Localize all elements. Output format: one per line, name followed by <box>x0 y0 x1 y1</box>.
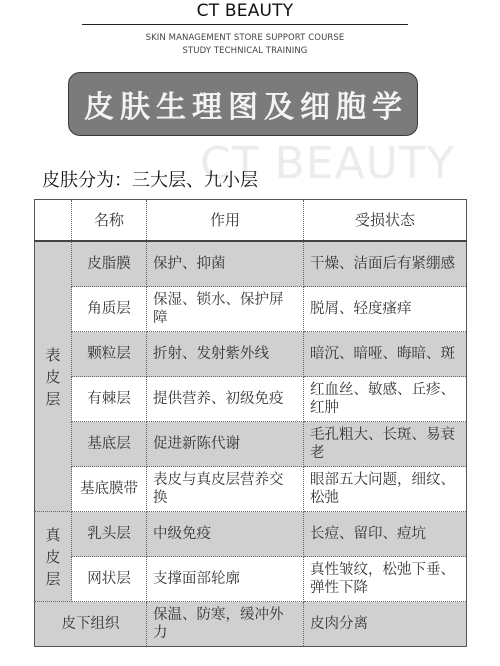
subtitle-line-2: STUDY TECHNICAL TRAINING <box>0 46 490 56</box>
layer-function: 表皮与真皮层营养交换 <box>147 467 304 512</box>
layer-damage: 眼部五大问题，细纹、松弛 <box>304 467 467 512</box>
layer-function: 保护、抑菌 <box>147 241 304 287</box>
layer-name: 基底膜带 <box>72 467 147 512</box>
group-dermis: 真皮层 <box>35 512 72 602</box>
table-row: 网状层 支撑面部轮廓 真性皱纹，松弛下垂、弹性下降 <box>35 557 467 602</box>
column-header-function: 作用 <box>147 200 304 242</box>
layer-damage: 脱屑、轻度瘙痒 <box>304 287 467 332</box>
table-row: 基底膜带 表皮与真皮层营养交换 眼部五大问题，细纹、松弛 <box>35 467 467 512</box>
layer-name: 颗粒层 <box>72 332 147 377</box>
layer-name: 皮下组织 <box>35 602 147 647</box>
layer-damage: 红血丝、敏感、丘疹、红肿 <box>304 377 467 422</box>
banner-title: 皮肤生理图及细胞学 <box>78 82 408 126</box>
column-header-name: 名称 <box>72 200 147 242</box>
layer-name: 皮脂膜 <box>72 241 147 287</box>
layer-function: 支撑面部轮廓 <box>147 557 304 602</box>
skin-layers-table: 名称 作用 受损状态 表皮层 皮脂膜 保护、抑菌 干燥、洁面后有紧绷感 角质层 … <box>34 199 467 647</box>
layer-damage: 暗沉、暗哑、晦暗、斑 <box>304 332 467 377</box>
layer-damage: 长痘、留印、痘坑 <box>304 512 467 557</box>
layer-damage: 毛孔粗大、长斑、易衰老 <box>304 422 467 467</box>
title-banner: 皮肤生理图及细胞学 <box>68 72 418 136</box>
layer-damage: 真性皱纹，松弛下垂、弹性下降 <box>304 557 467 602</box>
layer-function: 促进新陈代谢 <box>147 422 304 467</box>
table-row: 基底层 促进新陈代谢 毛孔粗大、长斑、易衰老 <box>35 422 467 467</box>
table-row: 颗粒层 折射、发射紫外线 暗沉、暗哑、晦暗、斑 <box>35 332 467 377</box>
brand-divider <box>82 24 408 25</box>
layer-name: 有棘层 <box>72 377 147 422</box>
layer-name: 乳头层 <box>72 512 147 557</box>
subtitle-line-1: SKIN MANAGEMENT STORE SUPPORT COURSE <box>0 33 490 43</box>
table-row: 有棘层 提供营养、初级免疫 红血丝、敏感、丘疹、红肿 <box>35 377 467 422</box>
intro-heading: 皮肤分为：三大层、九小层 <box>42 166 258 192</box>
layer-name: 网状层 <box>72 557 147 602</box>
column-header-group <box>35 200 72 242</box>
layer-damage: 皮肉分离 <box>304 602 467 647</box>
group-label: 表皮层 <box>45 344 61 410</box>
layer-function: 提供营养、初级免疫 <box>147 377 304 422</box>
table-row: 角质层 保湿、锁水、保护屏障 脱屑、轻度瘙痒 <box>35 287 467 332</box>
table-row: 表皮层 皮脂膜 保护、抑菌 干燥、洁面后有紧绷感 <box>35 241 467 287</box>
brand-title: CT BEAUTY <box>0 1 490 21</box>
group-epidermis: 表皮层 <box>35 241 72 512</box>
table-header-row: 名称 作用 受损状态 <box>35 200 467 242</box>
group-label: 真皮层 <box>45 524 61 590</box>
layer-function: 中级免疫 <box>147 512 304 557</box>
layer-name: 基底层 <box>72 422 147 467</box>
layer-function: 保温、防寒，缓冲外力 <box>147 602 304 647</box>
layer-damage: 干燥、洁面后有紧绷感 <box>304 241 467 287</box>
layer-name: 角质层 <box>72 287 147 332</box>
column-header-damage: 受损状态 <box>304 200 467 242</box>
table-row: 真皮层 乳头层 中级免疫 长痘、留印、痘坑 <box>35 512 467 557</box>
table-row: 皮下组织 保温、防寒，缓冲外力 皮肉分离 <box>35 602 467 647</box>
layer-function: 折射、发射紫外线 <box>147 332 304 377</box>
layer-function: 保湿、锁水、保护屏障 <box>147 287 304 332</box>
